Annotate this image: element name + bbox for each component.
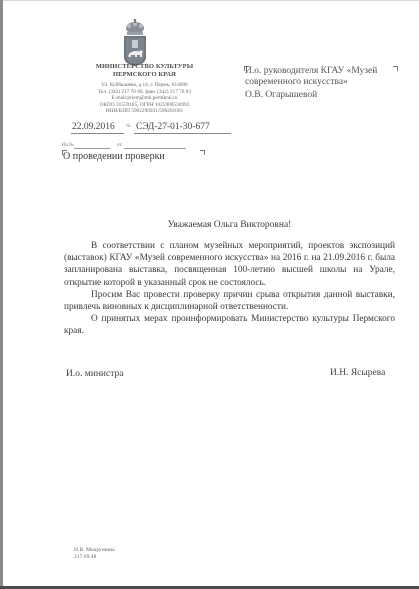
letter-page: МИНИСТЕРСТВО КУЛЬТУРЫ ПЕРМСКОГО КРАЯ Ул.… [0, 0, 419, 589]
recipient-name: О.В. Огарышевой [245, 90, 405, 101]
reference-no-label: На № [62, 143, 74, 148]
signatory-name: И.Н. Ясырева [330, 368, 385, 378]
body-paragraph: В соответствии с планом музейных меропри… [64, 240, 395, 289]
recipient-block: И.о. руководителя КГАУ «Музей современно… [245, 66, 405, 101]
organization-okpo: ОКПО 31559185, ОГРН 1025900536993 [62, 102, 227, 109]
salutation: Уважаемая Ольга Викторовна! [0, 220, 419, 230]
body-paragraph: О принятых мерах проинформировать Минист… [64, 313, 395, 337]
recipient-position-line1: И.о. руководителя КГАУ «Музей [245, 66, 405, 77]
registration-line: 22.09.2016 № СЭД-27-01-30-677 [62, 121, 227, 135]
registration-number: СЭД-27-01-30-677 [134, 121, 231, 134]
signatory-title: И.о. министра [66, 369, 123, 379]
organization-address: Ул. Куйбышева, д.14, г. Пермь, 614006 [62, 82, 227, 89]
subject-corner-mark-right [200, 150, 205, 155]
registration-date: 22.09.2016 [71, 121, 124, 134]
body-paragraph: Просим Вас провести проверку причин срыв… [64, 289, 395, 313]
letter-body: В соответствии с планом музейных меропри… [64, 240, 395, 338]
reference-number-blank [74, 148, 110, 149]
recipient-position-line2: современного искусства» [245, 77, 405, 88]
executor-name: Н.В. Мокрушина [74, 547, 115, 554]
executor-block: Н.В. Мокрушина 217 69 48 [74, 547, 115, 561]
organization-phone: Тел. (342) 217 70 80, факс (342) 217 78 … [62, 89, 227, 96]
reference-date-blank [124, 148, 186, 149]
page-border-left [0, 0, 3, 589]
letterhead: МИНИСТЕРСТВО КУЛЬТУРЫ ПЕРМСКОГО КРАЯ Ул.… [62, 63, 227, 115]
reference-date-label: от [117, 143, 122, 148]
organization-email: E-mail:priem@mk.permkrai.ru [62, 95, 227, 102]
reference-line: На № от [62, 143, 232, 151]
coat-of-arms-icon [121, 19, 149, 67]
page-border-top [3, 0, 419, 1]
letter-subject: О проведении проверки [63, 151, 165, 162]
organization-inn: ИНН/КПП 5902290931/590201001 [62, 108, 227, 115]
organization-name-line1: МИНИСТЕРСТВО КУЛЬТУРЫ [62, 63, 227, 71]
executor-phone: 217 69 48 [74, 554, 115, 561]
organization-name-line2: ПЕРМСКОГО КРАЯ [62, 71, 227, 79]
registration-no-label: № [126, 124, 131, 129]
